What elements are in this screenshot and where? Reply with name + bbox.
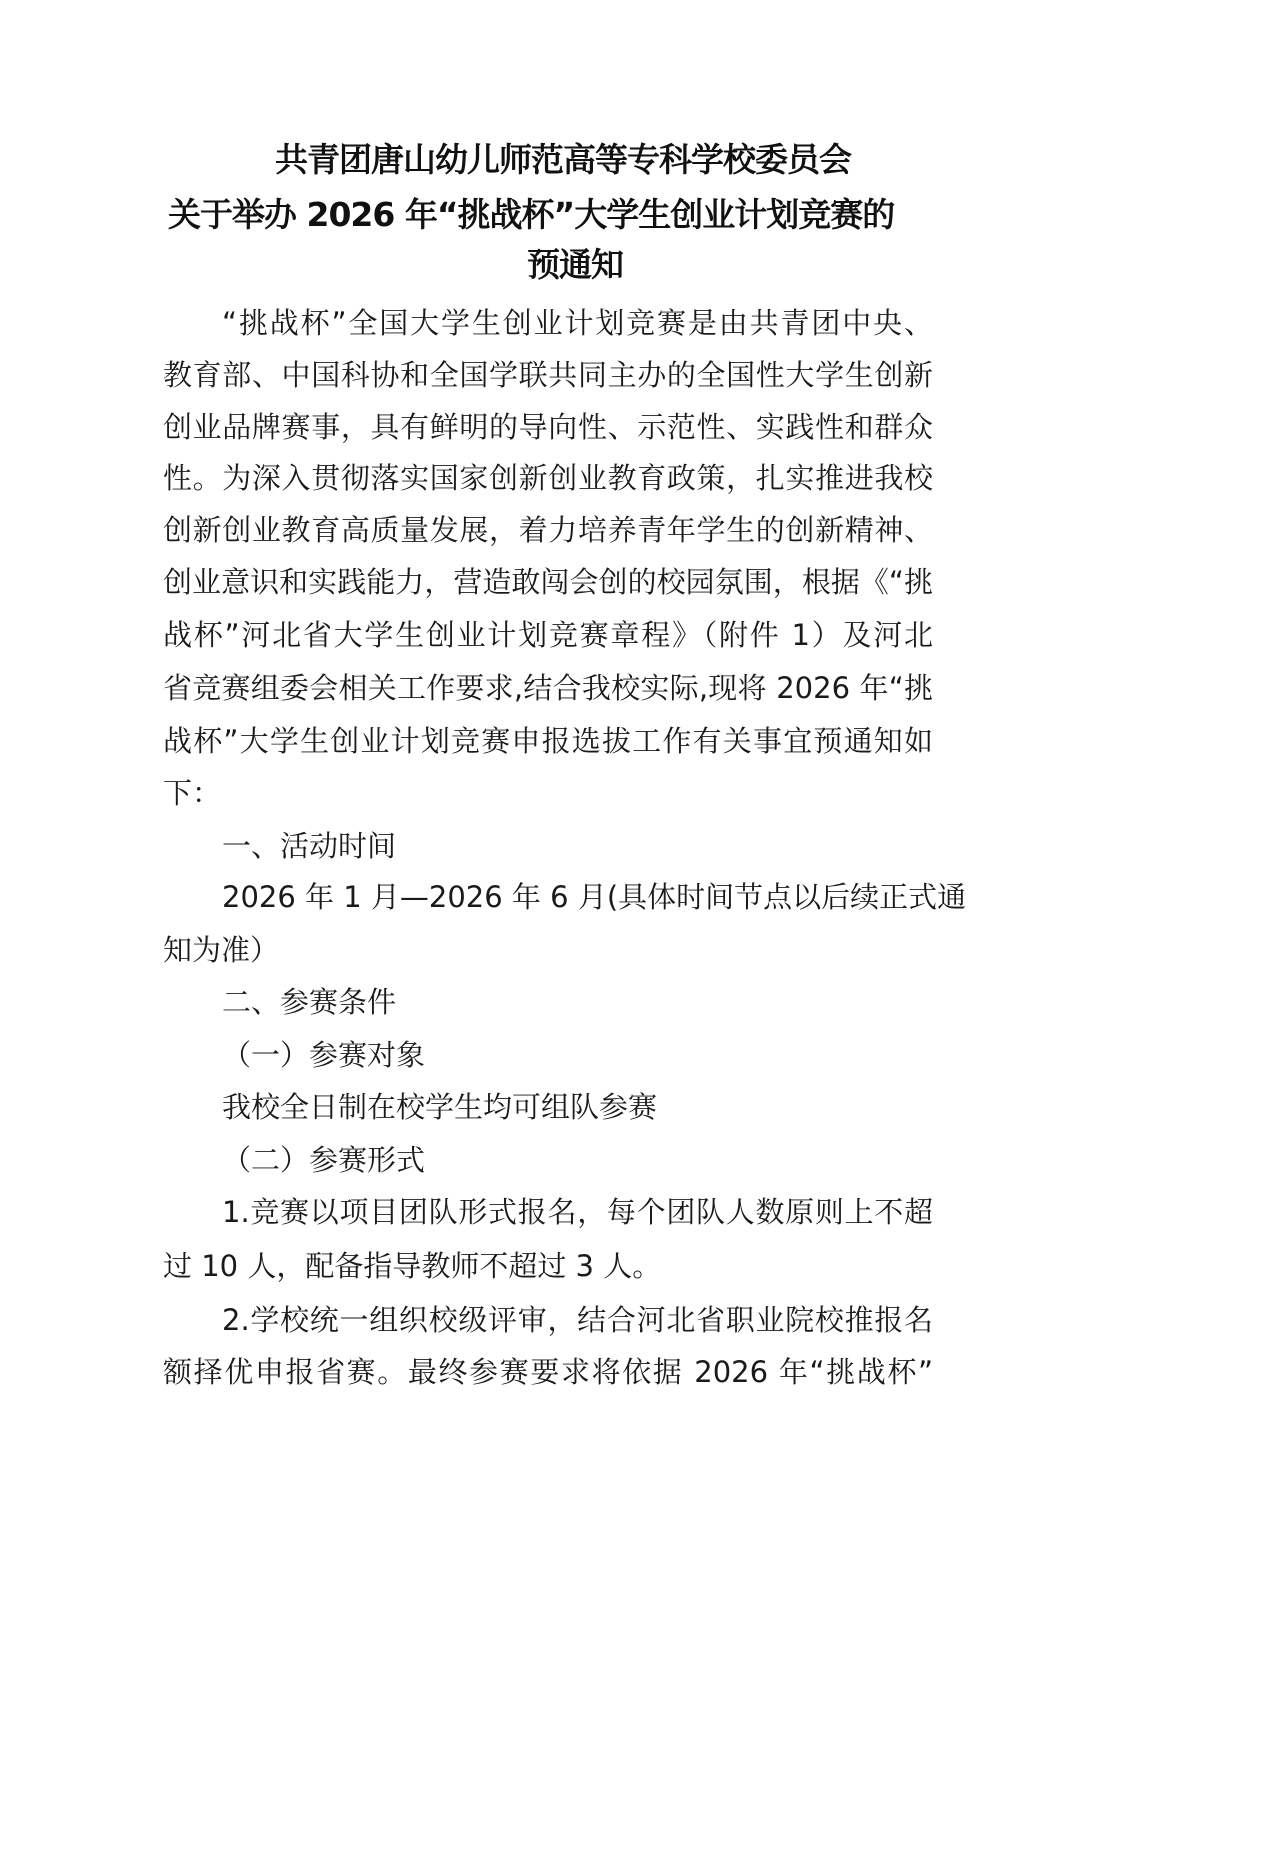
subsection-heading-format: （二）参赛形式 [222,1140,933,1180]
intro-line: 创新创业教育高质量发展，着力培养青年学生的创新精神、 [163,510,933,550]
format-item-2-line: 2.学校统一组织校级评审，结合河北省职业院校推报名 [222,1300,933,1340]
section-heading-activity-time: 一、活动时间 [222,826,933,866]
intro-line: 创业意识和实践能力，营造敢闯会创的校园氛围，根据《“挑 [163,562,933,602]
section1-line: 知为准） [163,930,933,970]
intro-line: 性。为深入贯彻落实国家创新创业教育政策，扎实推进我校 [163,458,933,498]
section-heading-eligibility: 二、参赛条件 [222,982,933,1022]
intro-line: 战杯”河北省大学生创业计划竞赛章程》（附件 1）及河北 [163,615,933,655]
intro-line: “挑战杯”全国大学生创业计划竞赛是由共青团中央、 [222,303,933,343]
title-line-3: 预通知 [527,245,623,285]
format-item-2-line: 额择优申报省赛。最终参赛要求将依据 2026 年“挑战杯” [163,1352,933,1392]
document-page: 共青团唐山幼儿师范高等专科学校委员会 关于举办 2026 年“挑战杯”大学生创业… [0,0,1279,1866]
subsection-heading-participants: （一）参赛对象 [222,1035,933,1075]
subsection-text-participants: 我校全日制在校学生均可组队参赛 [222,1087,933,1127]
format-item-1-line: 过 10 人，配备指导教师不超过 3 人。 [163,1246,933,1286]
intro-line: 下： [163,773,933,813]
title-line-2: 关于举办 2026 年“挑战杯”大学生创业计划竞赛的 [168,195,894,235]
title-line-1: 共青团唐山幼儿师范高等专科学校委员会 [275,140,851,180]
intro-line: 创业品牌赛事，具有鲜明的导向性、示范性、实践性和群众 [163,407,933,447]
intro-line: 省竞赛组委会相关工作要求,结合我校实际,现将 2026 年“挑 [163,668,933,708]
intro-line: 战杯”大学生创业计划竞赛申报选拔工作有关事宜预通知如 [163,721,933,761]
format-item-1-line: 1.竞赛以项目团队形式报名，每个团队人数原则上不超 [222,1192,933,1232]
intro-line: 教育部、中国科协和全国学联共同主办的全国性大学生创新 [163,355,933,395]
section1-line: 2026 年 1 月—2026 年 6 月(具体时间节点以后续正式通 [222,877,933,917]
